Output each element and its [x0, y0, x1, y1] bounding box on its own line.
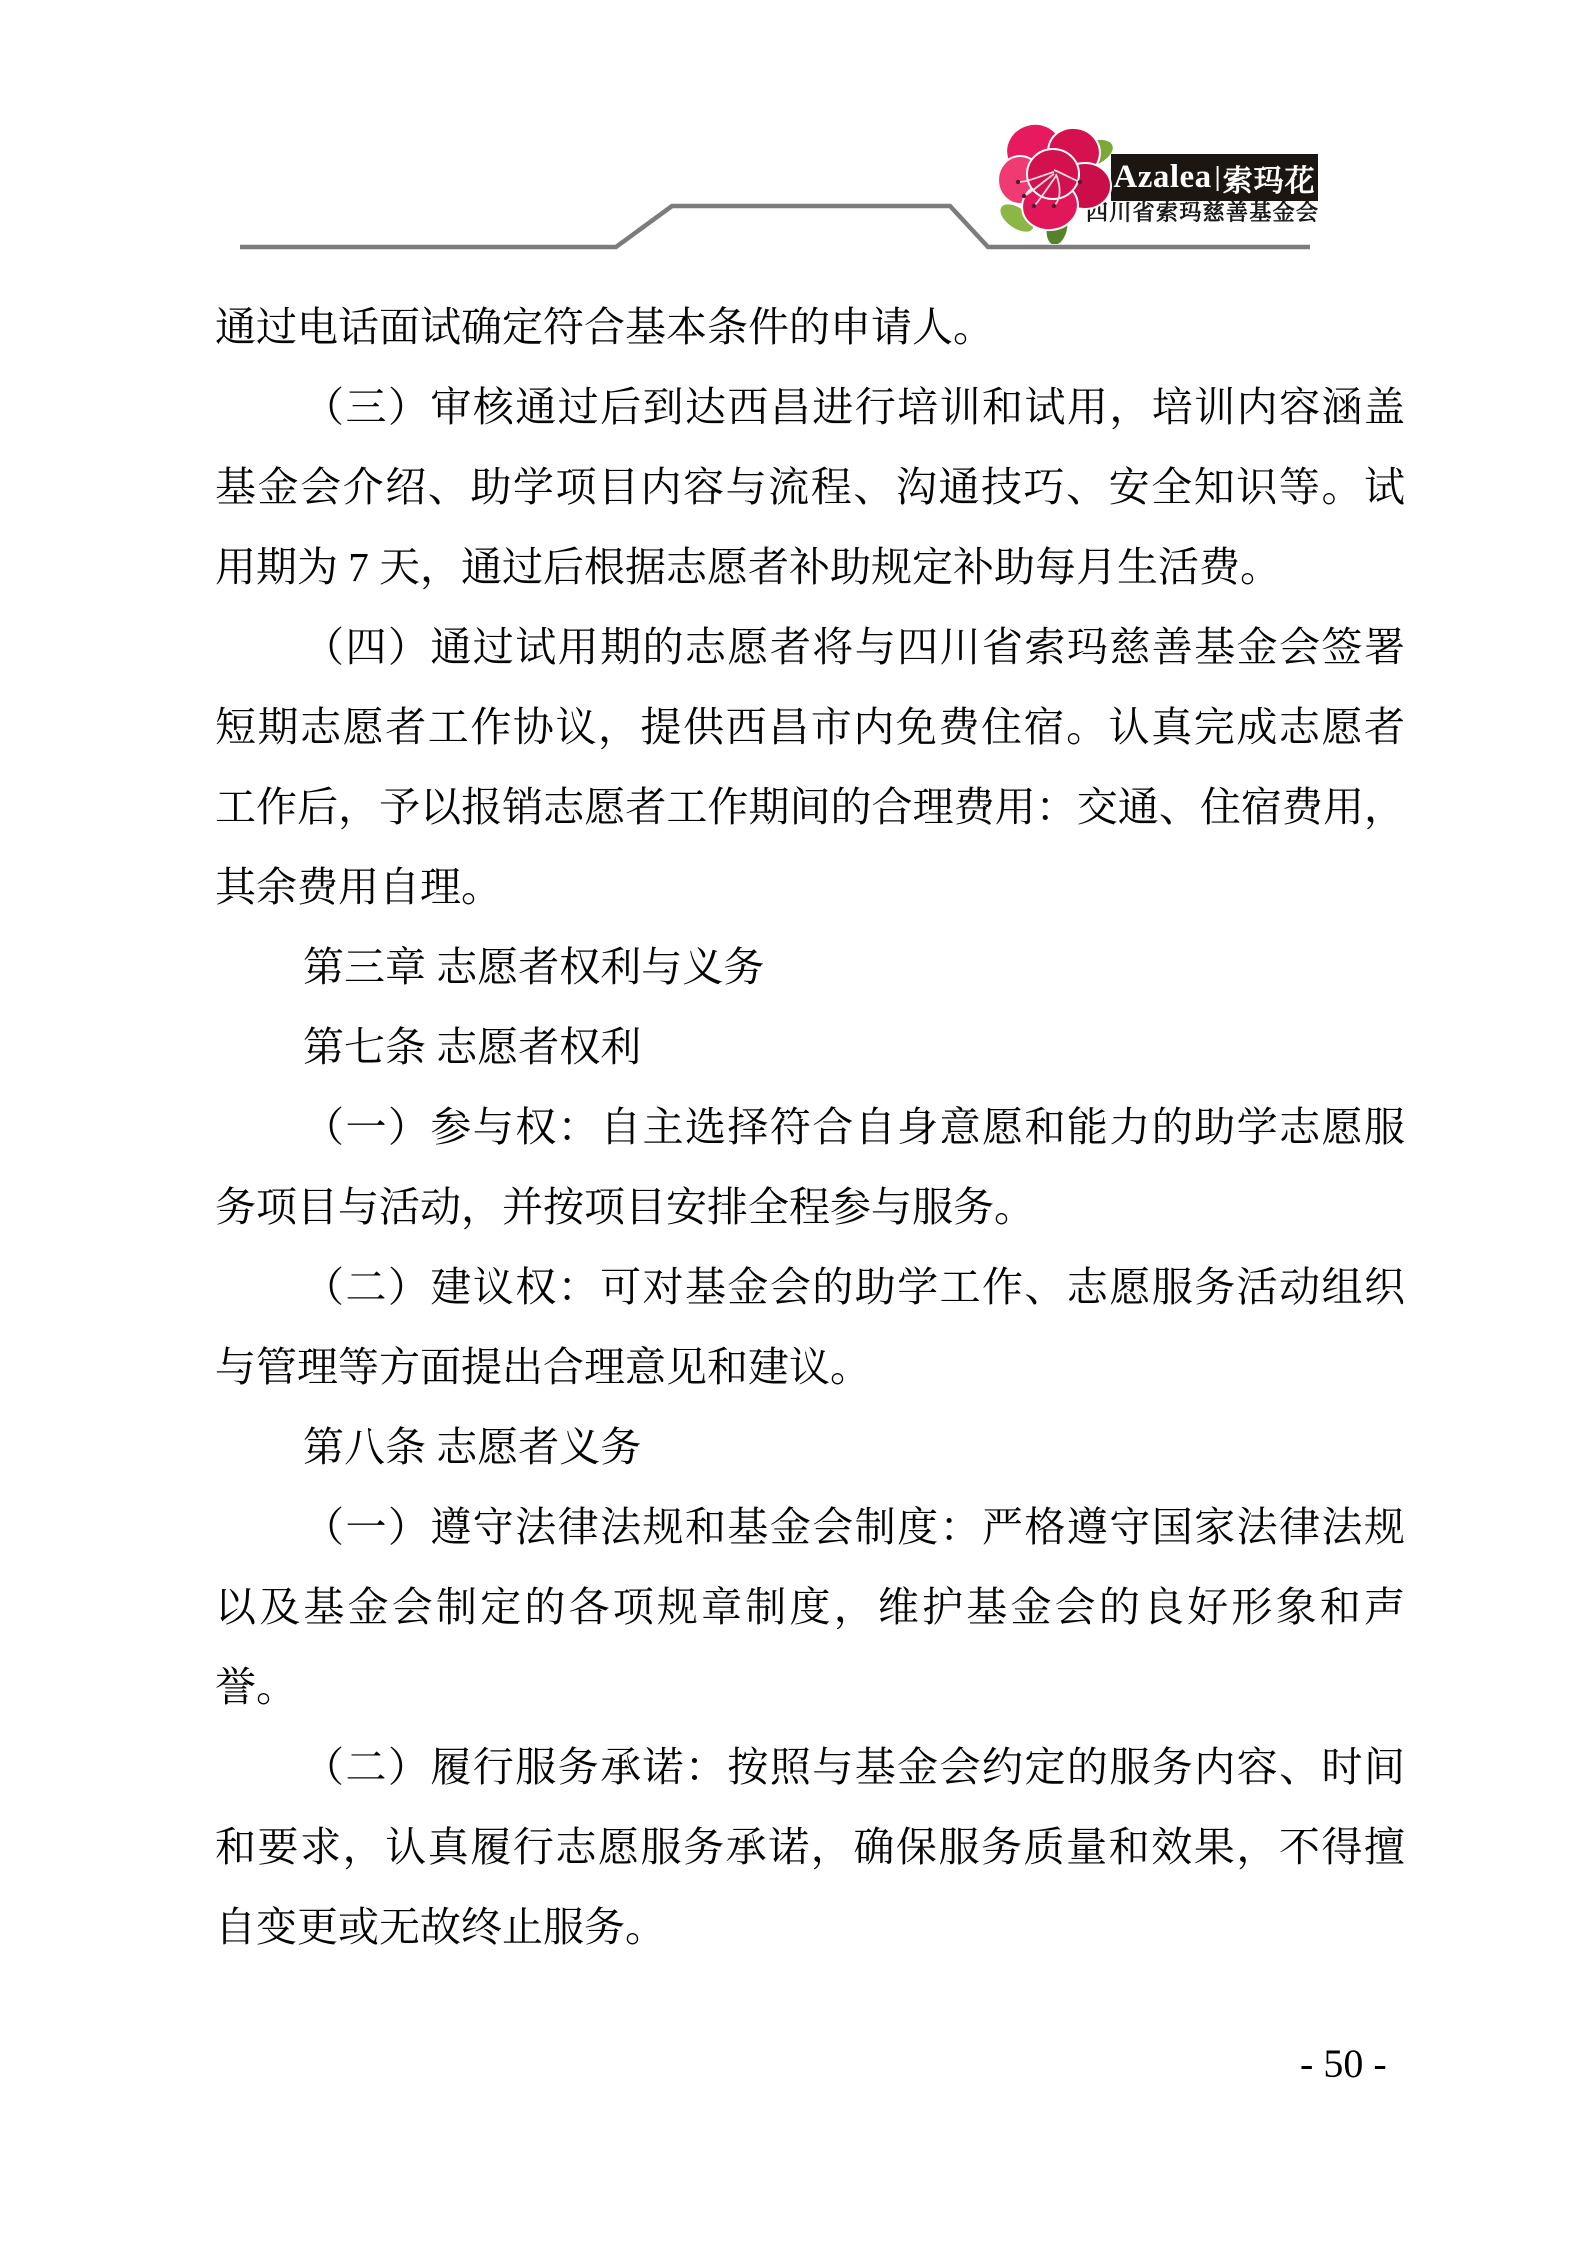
text-line: 其余费用自理。 [215, 847, 1405, 927]
text-line: 自变更或无故终止服务。 [215, 1887, 1405, 1967]
text-line: 用期为 7 天，通过后根据志愿者补助规定补助每月生活费。 [215, 527, 1405, 607]
text-line: 以及基金会制定的各项规章制度，维护基金会的良好形象和声 [215, 1567, 1405, 1647]
text-line: （三）审核通过后到达西昌进行培训和试用，培训内容涵盖 [215, 367, 1405, 447]
document-body: 通过电话面试确定符合基本条件的申请人。 （三）审核通过后到达西昌进行培训和试用，… [215, 287, 1405, 1967]
text-line: 第八条 志愿者义务 [215, 1407, 1405, 1487]
text-line: （一）遵守法律法规和基金会制度：严格遵守国家法律法规 [215, 1487, 1405, 1567]
text-line: （一）参与权：自主选择符合自身意愿和能力的助学志愿服 [215, 1087, 1405, 1167]
text-line: 基金会介绍、助学项目内容与流程、沟通技巧、安全知识等。试 [215, 447, 1405, 527]
text-line: （四）通过试用期的志愿者将与四川省索玛慈善基金会签署 [215, 607, 1405, 687]
text-line: 誉。 [215, 1647, 1405, 1727]
text-line: 和要求，认真履行志愿服务承诺，确保服务质量和效果，不得擅 [215, 1807, 1405, 1887]
text-line: 第七条 志愿者权利 [215, 1007, 1405, 1087]
document-page: Azalea | 索玛花 四川省索玛慈善基金会 [0, 0, 1587, 2245]
text-line: 务项目与活动，并按项目安排全程参与服务。 [215, 1167, 1405, 1247]
text-line: （二）履行服务承诺：按照与基金会约定的服务内容、时间 [215, 1727, 1405, 1807]
logo-banner: Azalea | 索玛花 [1111, 154, 1318, 201]
logo-brand-separator: | [1215, 161, 1221, 192]
text-line: （二）建议权：可对基金会的助学工作、志愿服务活动组织 [215, 1247, 1405, 1327]
header-divider-line [0, 0, 1587, 270]
logo-brand-chinese: 索玛花 [1223, 156, 1316, 200]
logo-subtitle: 四川省索玛慈善基金会 [1086, 201, 1318, 225]
text-line: 工作后，予以报销志愿者工作期间的合理费用：交通、住宿费用， [215, 767, 1405, 847]
page-number: - 50 - [1300, 2042, 1387, 2086]
azalea-flower-icon [996, 112, 1120, 244]
text-line: 第三章 志愿者权利与义务 [215, 927, 1405, 1007]
text-line: 通过电话面试确定符合基本条件的申请人。 [215, 287, 1405, 367]
text-line: 与管理等方面提出合理意见和建议。 [215, 1327, 1405, 1407]
logo-brand-english: Azalea [1113, 159, 1211, 196]
text-line: 短期志愿者工作协议，提供西昌市内免费住宿。认真完成志愿者 [215, 687, 1405, 767]
